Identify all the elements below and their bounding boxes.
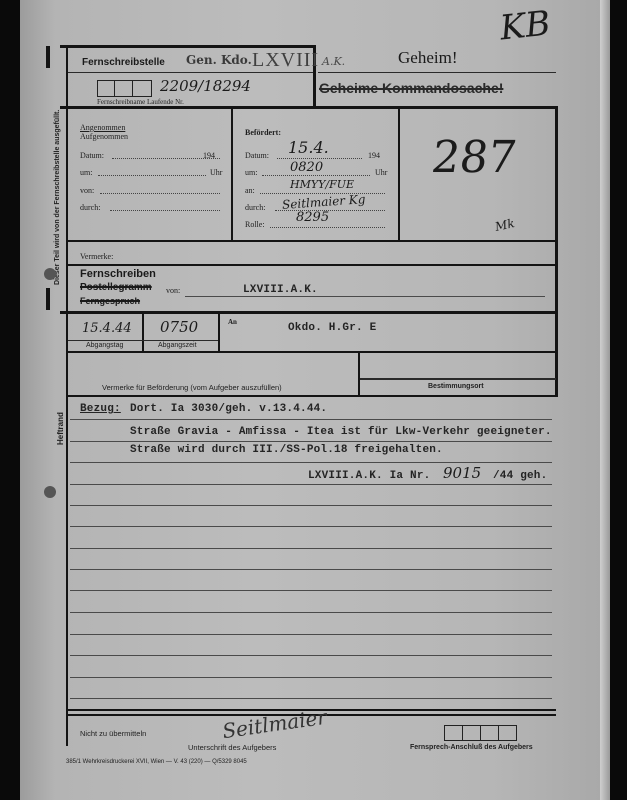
dispatch-date: 15.4.44: [82, 321, 132, 336]
ruled-line: [70, 484, 552, 485]
divider: [231, 108, 233, 241]
forwarded-date-label: Datum:: [245, 151, 269, 160]
ruled-line: [70, 569, 552, 570]
margin-mark: [46, 288, 50, 310]
code-box: [97, 80, 115, 97]
divider: [360, 378, 556, 380]
serial-number: 2209/18294: [160, 77, 251, 95]
fill-line: [185, 296, 545, 297]
dispatch-time-label: Abgangszeit: [158, 342, 197, 349]
dispatch-time: 0750: [160, 318, 198, 336]
paper-edge: [600, 0, 610, 800]
station-hand: A.K.: [322, 55, 345, 68]
divider: [68, 264, 556, 266]
divider: [218, 313, 220, 352]
station-printed: Gen. Kdo.: [186, 53, 252, 67]
body-line-1: Straße Gravia - Amfissa - Itea ist für L…: [130, 426, 552, 438]
forwarded-time-value: 0820: [290, 160, 323, 175]
ruled-line: [70, 698, 552, 699]
forwarded-date-value: 15.4.: [288, 138, 329, 157]
printer-line: 385/1 Wehrkreisdruckerei XVII, Wien — V.…: [66, 759, 247, 765]
punch-hole: [44, 486, 56, 498]
signature-number: 9015: [443, 464, 481, 482]
forwarded-to-label: an:: [245, 186, 255, 195]
received-by-label: durch:: [80, 203, 100, 212]
forwarded-uhr: Uhr: [375, 168, 387, 177]
message-number: 287: [428, 132, 519, 183]
corner-initials: KB: [498, 3, 552, 48]
document-paper: [20, 0, 608, 800]
reference-text: Dort. Ia 3030/geh. v.13.4.44.: [130, 403, 327, 415]
dispatch-date-label: Abgangstag: [86, 342, 123, 349]
forwarded-year: 194: [368, 151, 380, 160]
received-from-label: von:: [80, 186, 94, 195]
ruled-line: [70, 655, 552, 656]
remarks-label: Vermerke:: [80, 252, 113, 261]
ruled-line: [70, 548, 552, 549]
received-uhr: Uhr: [210, 168, 222, 177]
station-stamp: LXVIII: [252, 49, 319, 72]
signature-reference: LXVIII.A.K. Ia Nr.: [308, 470, 430, 482]
border: [60, 106, 558, 109]
fill-line: [110, 210, 220, 211]
divider: [68, 240, 556, 242]
routing-note-label: Vermerke für Beförderung (vom Aufgeber a…: [102, 383, 282, 392]
ruled-line: [70, 634, 552, 635]
ruled-line: [70, 590, 552, 591]
forwarded-time-label: um:: [245, 168, 257, 177]
fill-line: [98, 175, 206, 176]
phone-box: [444, 725, 463, 741]
ruled-line: [70, 462, 552, 463]
signature-suffix: /44 geh.: [493, 470, 547, 482]
serial-label: Fernschreibname Laufende Nr.: [97, 98, 184, 106]
signature-label: Unterschrift des Aufgebers: [188, 743, 276, 752]
received-year: 194: [203, 151, 215, 160]
margin-mark: [46, 46, 50, 68]
forwarded-roll-label: Rolle:: [245, 220, 265, 229]
fill-line: [270, 227, 385, 228]
received-title-1: Angenommen: [80, 123, 125, 132]
type-telegram-struck: Postellegramm: [80, 282, 152, 293]
divider: [68, 351, 558, 353]
received-title-2: Aufgenommen: [80, 132, 128, 141]
border: [60, 45, 316, 48]
divider: [60, 311, 558, 314]
divider: [318, 72, 556, 73]
classification: Geheim!: [398, 48, 457, 68]
phone-label: Fernsprech-Anschluß des Aufgebers: [410, 744, 533, 751]
type-teletype: Fernschreiben: [80, 268, 156, 280]
recipient-label: An: [228, 318, 237, 326]
body-line-2: Straße wird durch III./SS-Pol.18 freigeh…: [130, 444, 443, 456]
type-from-label: von:: [166, 286, 180, 295]
ruled-line: [70, 677, 552, 678]
fill-line: [277, 158, 362, 159]
ruled-line: [70, 505, 552, 506]
forwarded-roll-value: 8295: [296, 210, 329, 225]
ruled-line: [70, 419, 552, 420]
phone-box: [498, 725, 517, 741]
forwarded-to-value: HMYY/FUE: [290, 178, 354, 191]
forwarded-by-label: durch:: [245, 203, 265, 212]
recipient: Okdo. H.Gr. E: [288, 322, 376, 334]
phone-box: [480, 725, 499, 741]
divider: [398, 108, 400, 241]
ruled-line: [70, 612, 552, 613]
divider: [68, 395, 558, 397]
margin-note: Dieser Teil wird von der Fernschreibstel…: [54, 110, 61, 285]
received-date-label: Datum:: [80, 151, 104, 160]
forwarded-title: Befördert:: [245, 128, 281, 137]
code-box: [132, 80, 152, 97]
fill-line: [262, 175, 370, 176]
not-transmit-label: Nicht zu übermitteln: [80, 729, 146, 738]
code-box: [114, 80, 133, 97]
sender: LXVIII.A.K.: [243, 284, 318, 296]
destination-label: Bestimmungsort: [428, 383, 484, 390]
reference-label: Bezug:: [80, 403, 121, 415]
classification-struck: Geheime Kommandosache!: [319, 80, 503, 96]
divider: [68, 72, 313, 73]
fill-line: [100, 193, 220, 194]
ruled-line: [70, 526, 552, 527]
phone-box: [462, 725, 481, 741]
punch-hole: [44, 268, 56, 280]
type-phone-struck: Ferngespruch: [80, 296, 140, 306]
received-time-label: um:: [80, 168, 92, 177]
divider: [142, 313, 144, 352]
ruled-line: [70, 441, 552, 442]
station-label: Fernschreibstelle: [82, 57, 165, 68]
divider: [358, 353, 360, 396]
binding-margin-label: Heftrand: [56, 412, 65, 445]
fill-line: [260, 193, 385, 194]
divider: [68, 340, 218, 341]
